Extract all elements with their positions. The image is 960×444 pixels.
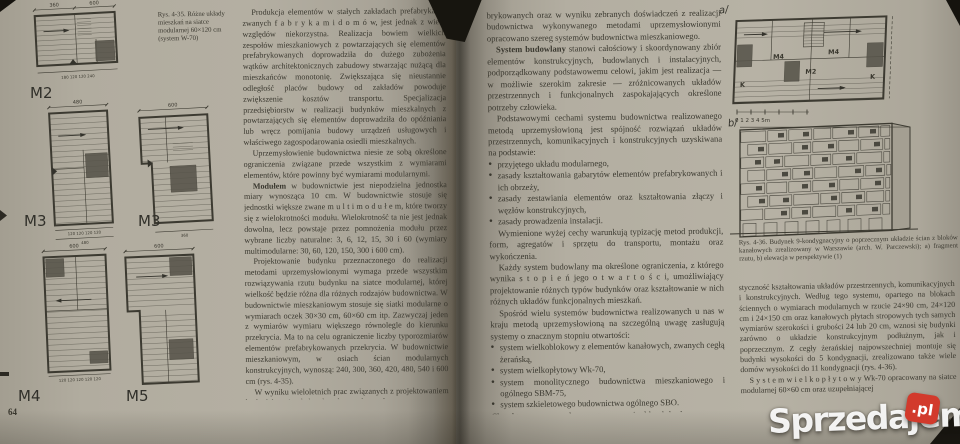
bullet-icon: ● xyxy=(491,400,500,412)
book-photo: 360 600 180 120 120 240 M2 480 xyxy=(0,0,960,444)
svg-text:180 120 120 240: 180 120 120 240 xyxy=(61,73,95,80)
m5-label: M5 xyxy=(126,387,149,405)
m3a-floor-plan: 480 120 120 120 120 480 xyxy=(47,98,116,246)
plan-room-label: M4 xyxy=(773,53,785,61)
svg-text:600: 600 xyxy=(69,243,79,249)
left-text-column: Produkcja elementów w stałych zakładach … xyxy=(242,6,448,400)
left-floor-plan-diagrams: 360 600 180 120 120 240 M2 480 xyxy=(0,0,232,420)
bullet-item: ●zasady kształtowania gabarytów elementó… xyxy=(488,168,722,194)
m4-label: M4 xyxy=(18,387,41,405)
svg-text:600: 600 xyxy=(89,0,99,6)
page-number-64: 64 xyxy=(8,407,17,417)
plan-room-label: K xyxy=(740,81,746,89)
svg-text:480: 480 xyxy=(73,99,83,105)
paragraph: Modułem w budownictwie jest niepodzielna… xyxy=(244,180,448,258)
bullet-icon: ● xyxy=(491,365,500,377)
bullet-icon: ● xyxy=(488,171,497,194)
m3b-label: M3 xyxy=(138,212,161,230)
svg-text:360: 360 xyxy=(49,2,59,8)
figure-caption-4-35: Rys. 4-35. Różne układy mieszkań na siat… xyxy=(158,10,227,44)
paragraph: Spośród wielu systemów budownictwa reali… xyxy=(490,305,724,342)
paragraph: S y s t e m w i e l k o p ł y t o w y Wk… xyxy=(740,372,956,397)
m2-label: M2 xyxy=(30,84,53,102)
bullet-item: ●system monolitycznego budownictwa miesz… xyxy=(491,374,725,400)
svg-text:120 120 120 120 120: 120 120 120 120 120 xyxy=(59,376,102,383)
building-floor-plan-figure: M4 M4 M2 K K 0 1 2 3 4 5m xyxy=(715,0,960,125)
m4-floor-plan: 600 120 120 120 120 120 xyxy=(41,242,112,383)
building-elevation-figure xyxy=(712,118,960,240)
m5-floor-plan: 600 xyxy=(123,242,200,384)
right-lower-text-column: styczność kształtowania układów przestrz… xyxy=(739,279,958,425)
paragraph: System budowlany stanowi całościowy i sk… xyxy=(487,42,722,114)
svg-text:600: 600 xyxy=(154,243,164,249)
paragraph: Podstawowymi cechami systemu budownictwa… xyxy=(488,111,723,160)
paragraph: W wyniku wieloletnich prac związanych z … xyxy=(246,386,449,400)
bullet-icon: ● xyxy=(489,216,498,228)
bullet-icon: ● xyxy=(488,159,497,171)
paragraph: brykowanych oraz w wyniku zebranych dośw… xyxy=(487,8,721,45)
svg-text:120 120 120 120: 120 120 120 120 xyxy=(68,230,102,237)
m2-floor-plan: 360 600 180 120 120 240 xyxy=(33,0,120,81)
bullet-icon: ● xyxy=(489,194,498,217)
svg-text:600: 600 xyxy=(168,102,178,108)
bold-lead: System budowlany xyxy=(496,44,566,55)
svg-text:480: 480 xyxy=(81,240,89,245)
paragraph: Projektowanie budynku przeznaczonego do … xyxy=(244,256,448,388)
bullet-icon: ● xyxy=(491,377,500,400)
bullet-icon: ● xyxy=(491,342,500,365)
paragraph: Uprzemysłowienie budownictwa niesie ze s… xyxy=(244,147,447,181)
bold-lead: Modułem xyxy=(253,181,286,190)
m3a-label: M3 xyxy=(24,212,47,230)
right-text-column: brykowanych oraz w wyniku zebranych dośw… xyxy=(487,8,726,415)
paragraph: Produkcja elementów w stałych zakładach … xyxy=(242,6,446,149)
plan-room-label: M4 xyxy=(828,48,840,56)
paragraph: Każdy system budowlany ma określone ogra… xyxy=(490,260,725,309)
bullet-item: ●system wielkoblokowy z elementów kanało… xyxy=(491,340,725,366)
bullet-item: ●zasady zestawiania elementów oraz kszta… xyxy=(489,191,723,217)
svg-text:360: 360 xyxy=(181,232,189,237)
plan-room-label: K xyxy=(870,73,876,81)
paragraph: styczność kształtowania układów przestrz… xyxy=(739,279,957,376)
paragraph: Wymienione wyżej cechy warunkują typizac… xyxy=(489,225,723,262)
page-edge-mark xyxy=(0,372,9,376)
plan-room-label: M2 xyxy=(805,68,816,76)
